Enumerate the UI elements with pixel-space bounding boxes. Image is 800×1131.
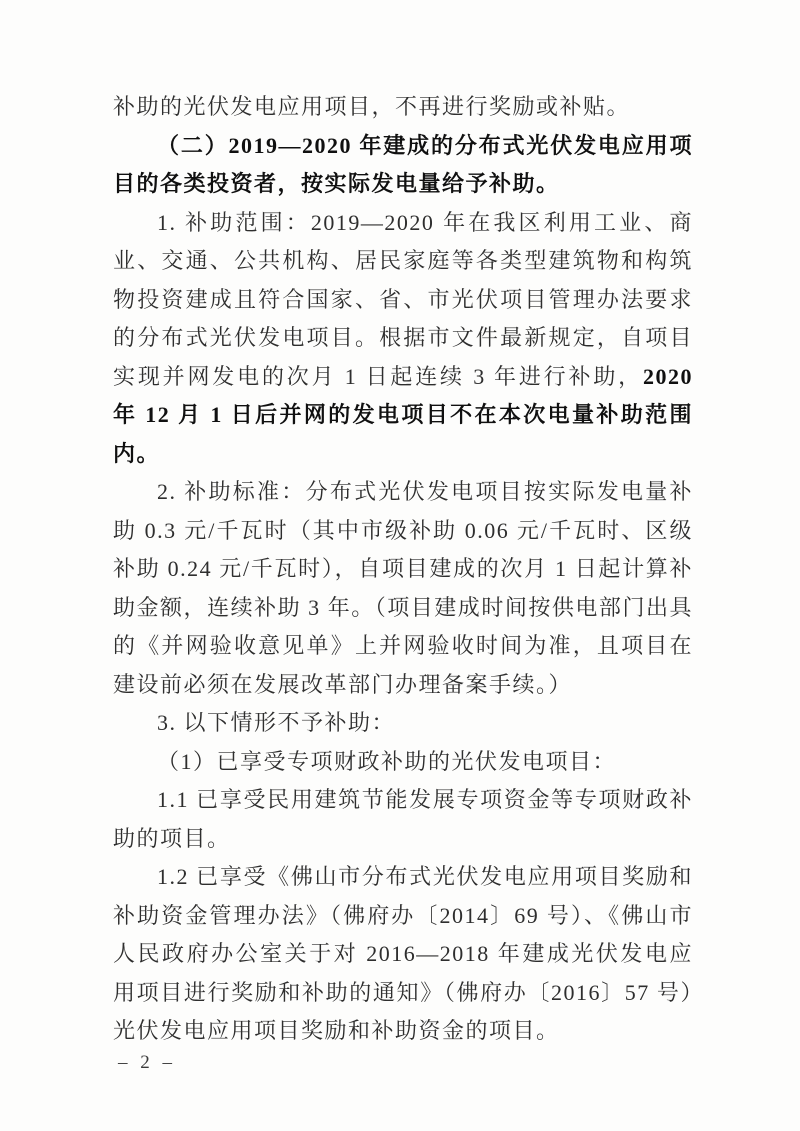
paragraph: 1. 补助范围：2019—2020 年在我区利用工业、商业、交通、公共机构、居民… (113, 204, 693, 474)
paragraph: 3. 以下情形不予补助： (113, 704, 693, 743)
paragraph: 1.1 已享受民用建筑节能发展专项资金等专项财政补助的项目。 (113, 781, 693, 858)
text-segment: 1.1 已享受民用建筑节能发展专项资金等专项财政补助的项目。 (113, 787, 693, 851)
paragraph: （1）已享受专项财政补助的光伏发电项目： (113, 743, 693, 782)
document-paragraphs: 补助的光伏发电应用项目，不再进行奖励或补贴。（二）2019—2020 年建成的分… (113, 88, 693, 1051)
page-number: – 2 – (118, 1052, 176, 1074)
text-segment: 2. 补助标准：分布式光伏发电项目按实际发电量补助 0.3 元/千瓦时（其中市级… (113, 479, 693, 697)
paragraph: 1.2 已享受《佛山市分布式光伏发电应用项目奖励和补助资金管理办法》（佛府办〔2… (113, 858, 693, 1051)
text-segment: 3. 以下情形不予补助： (157, 710, 395, 735)
paragraph: 补助的光伏发电应用项目，不再进行奖励或补贴。 (113, 88, 693, 127)
text-segment: （1）已享受专项财政补助的光伏发电项目： (157, 749, 616, 774)
bold-text-segment: （二）2019—2020 年建成的分布式光伏发电应用项目的各类投资者，按实际发电… (113, 133, 693, 197)
document-page: 补助的光伏发电应用项目，不再进行奖励或补贴。（二）2019—2020 年建成的分… (0, 0, 800, 1131)
text-segment: 1. 补助范围：2019—2020 年在我区利用工业、商业、交通、公共机构、居民… (113, 210, 693, 389)
paragraph: 2. 补助标准：分布式光伏发电项目按实际发电量补助 0.3 元/千瓦时（其中市级… (113, 473, 693, 704)
paragraph: （二）2019—2020 年建成的分布式光伏发电应用项目的各类投资者，按实际发电… (113, 127, 693, 204)
text-segment: 1.2 已享受《佛山市分布式光伏发电应用项目奖励和补助资金管理办法》（佛府办〔2… (113, 864, 693, 1043)
text-segment: 补助的光伏发电应用项目，不再进行奖励或补贴。 (113, 94, 630, 119)
